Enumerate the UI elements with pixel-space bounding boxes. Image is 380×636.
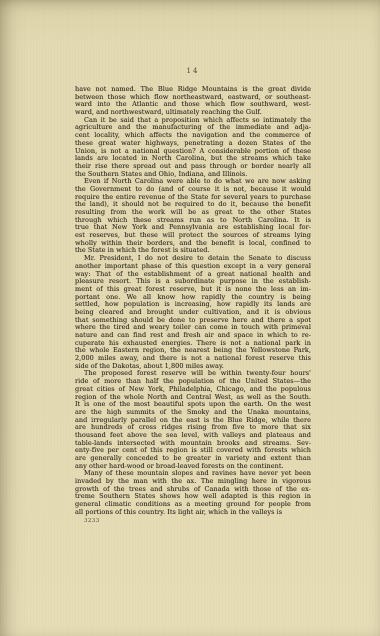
text-line: nature and can find rest and fresh air a… xyxy=(75,332,311,340)
text-line: 2,000 miles away, and there is not a nat… xyxy=(75,355,311,363)
paragraph: have not named. The Blue Ridge Mountains… xyxy=(75,86,311,117)
text-line: wholly within their borders, and the ben… xyxy=(75,240,311,248)
text-line: between those which flow northeastward, … xyxy=(75,94,311,102)
text-line: are the high summits of the Smoky and th… xyxy=(75,409,311,417)
text-line: Even if North Carolina were able to do w… xyxy=(75,178,311,186)
text-line: require the entire revenue of the State … xyxy=(75,194,311,202)
text-line: their rise there spread out and pass thr… xyxy=(75,163,311,171)
text-line: ward into the Atlantic and those which f… xyxy=(75,101,311,109)
page-number: 14 xyxy=(75,67,311,75)
text-line: ment of this great forest reserve, but i… xyxy=(75,286,311,294)
text-line: pleasure resort. This is a subordinate p… xyxy=(75,278,311,286)
paragraph: Can it be said that a proposition which … xyxy=(75,117,311,179)
text-line: Can it be said that a proposition which … xyxy=(75,117,311,125)
text-line: where the tired and weary toiler can com… xyxy=(75,324,311,332)
text-line: invaded by the man with the ax. The ming… xyxy=(75,478,311,486)
text-line: table-lands intersected with mountain br… xyxy=(75,440,311,448)
text-line: the Southern States and Ohio, Indiana, a… xyxy=(75,171,311,179)
text-line: The proposed forest reserve will be with… xyxy=(75,370,311,378)
text-line: true that New York and Pennsylvania are … xyxy=(75,224,311,232)
text-line: growth of the trees and shrubs of Canada… xyxy=(75,486,311,494)
text-line: est reserves, but these will protect the… xyxy=(75,232,311,240)
text-line: are hundreds of cross ridges rising from… xyxy=(75,424,311,432)
text-line: lands are located in North Carolina, but… xyxy=(75,155,311,163)
text-line: are generally conceded to be greater in … xyxy=(75,455,311,463)
text-line: cent locality, which affects the navigat… xyxy=(75,132,311,140)
text-line: region of the whole North and Central We… xyxy=(75,394,311,402)
text-line: portant one. We all know how rapidly the… xyxy=(75,294,311,302)
text-line: side of the Dakotas, about 1,800 miles a… xyxy=(75,363,311,371)
text-line: agriculture and the manufacturing of the… xyxy=(75,124,311,132)
paragraph: Even if North Carolina were able to do w… xyxy=(75,178,311,255)
text-line: all portions of this country. Its light … xyxy=(75,509,311,517)
text-line: treme Southern States shows how well ada… xyxy=(75,493,311,501)
text-line: settled, how population is increasing, h… xyxy=(75,301,311,309)
text-line: the land), it should not be required to … xyxy=(75,201,311,209)
text-line: and irregularly parallel on the east is … xyxy=(75,417,311,425)
text-line: these great water highways, penetrating … xyxy=(75,140,311,148)
text-body: have not named. The Blue Ridge Mountains… xyxy=(75,86,311,517)
text-line: any other hard-wood or broad-leaved fore… xyxy=(75,463,311,471)
text-line: Many of these mountain slopes and ravine… xyxy=(75,470,311,478)
text-line: ride of more than half the population of… xyxy=(75,378,311,386)
scanned-page: 14 have not named. The Blue Ridge Mounta… xyxy=(0,0,380,636)
text-line: general climatic conditions as a meeting… xyxy=(75,501,311,509)
text-line: the State in which the forest is situate… xyxy=(75,247,311,255)
text-line: Mr. President, I do not desire to detain… xyxy=(75,255,311,263)
paragraph: Many of these mountain slopes and ravine… xyxy=(75,470,311,516)
text-line: another important phase of this question… xyxy=(75,263,311,271)
text-line: the Government to do (and of course it i… xyxy=(75,186,311,194)
paragraph: The proposed forest reserve will be with… xyxy=(75,370,311,470)
text-line: resulting from the work will be as great… xyxy=(75,209,311,217)
text-line: that something should be done to preserv… xyxy=(75,317,311,325)
text-line: the whole Eastern region, the nearest be… xyxy=(75,347,311,355)
text-line: Union, is not a national question? A con… xyxy=(75,148,311,156)
text-line: It is one of the most beautiful spots up… xyxy=(75,401,311,409)
text-line: being cleared and brought under cultivat… xyxy=(75,309,311,317)
text-line: way: That of the establishment of a grea… xyxy=(75,271,311,279)
text-line: have not named. The Blue Ridge Mountains… xyxy=(75,86,311,94)
printers-slug: 3233 xyxy=(84,518,100,524)
text-line: thousand feet above the sea level, with … xyxy=(75,432,311,440)
text-line: enty-five per cent of this region is sti… xyxy=(75,447,311,455)
text-line: ward, and northwestward, ultimately reac… xyxy=(75,109,311,117)
text-line: through which these streams run as to No… xyxy=(75,217,311,225)
text-line: great cities of New York, Philadelphia, … xyxy=(75,386,311,394)
text-line: cuperate his exhausted energies. There i… xyxy=(75,340,311,348)
paragraph: Mr. President, I do not desire to detain… xyxy=(75,255,311,370)
